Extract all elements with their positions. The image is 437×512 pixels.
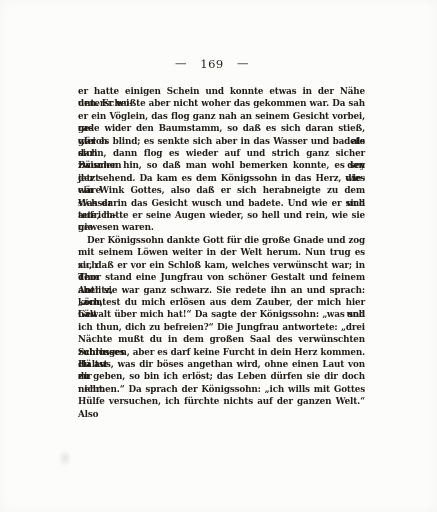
text-line: mit seinem Löwen weiter in der Welt heru… [78, 247, 365, 259]
text-line: er hatte einigen Schein und konnte etwas… [78, 86, 365, 98]
text-line: du aus, was dir böses angethan wird, ohn… [78, 359, 365, 371]
text-line: aber sie war ganz schwarz. Sie redete ih… [78, 285, 365, 297]
body-text: er hatte einigen Schein und konnte etwas… [78, 86, 365, 409]
text-line: ich thun, dich zu befreien?“ Die Jungfra… [78, 322, 365, 334]
text-line: darin, dann flog es wieder auf und stric… [78, 148, 365, 160]
text-line: rade wider den Baumstamm, so daß es sich… [78, 123, 365, 135]
text-line: zu, daß er vor ein Schloß kam, welches v… [78, 260, 365, 272]
text-line: tete, hatte er seine Augen wieder, so he… [78, 210, 365, 222]
text-line: der sehend. Da kam es dem Königssohn in … [78, 173, 365, 185]
text-line: Gewalt über mich hat!“ Da sagte der Köni… [78, 309, 365, 321]
header-left-dash: — [175, 56, 187, 70]
text-line: ein Wink Gottes, also daß er sich herabn… [78, 185, 365, 197]
text-line: den. Er wußte aber nicht woher das gekom… [78, 98, 365, 110]
text-line: Thor stand eine Jungfrau von schöner Ges… [78, 272, 365, 284]
scanned-book-page: — 169 — er hatte einigen Schein und konn… [0, 0, 437, 512]
text-line: Der Königssohn dankte Gott für die große… [78, 235, 365, 247]
text-line: zubringen, aber es darf keine Furcht in … [78, 347, 365, 359]
text-line: nehmen.“ Da sprach der Königssohn: „ich … [78, 384, 365, 396]
text-line: Nächte mußt du in dem großen Saal des ve… [78, 334, 365, 346]
header-right-dash: — [237, 56, 249, 70]
text-line: gewesen waren. [78, 222, 365, 234]
page-number: 169 [200, 57, 223, 71]
text-line: Bäumen hin, so daß man wohl bemerken kon… [78, 160, 365, 172]
text-line: wär es blind; es senkte sich aber in das… [78, 136, 365, 148]
text-line: zu geben, so bin ich erlöst; das Leben d… [78, 371, 365, 383]
text-line: könntest du mich erlösen aus dem Zauber,… [78, 297, 365, 309]
text-line: sich darin das Gesicht wusch und badete.… [78, 198, 365, 210]
text-line: er ein Vöglein, das flog ganz nah an sei… [78, 111, 365, 123]
page-header: — 169 — [175, 57, 249, 71]
scan-smudge [58, 449, 72, 467]
text-line: Hülfe versuchen, ich fürchte nichts auf … [78, 396, 365, 408]
